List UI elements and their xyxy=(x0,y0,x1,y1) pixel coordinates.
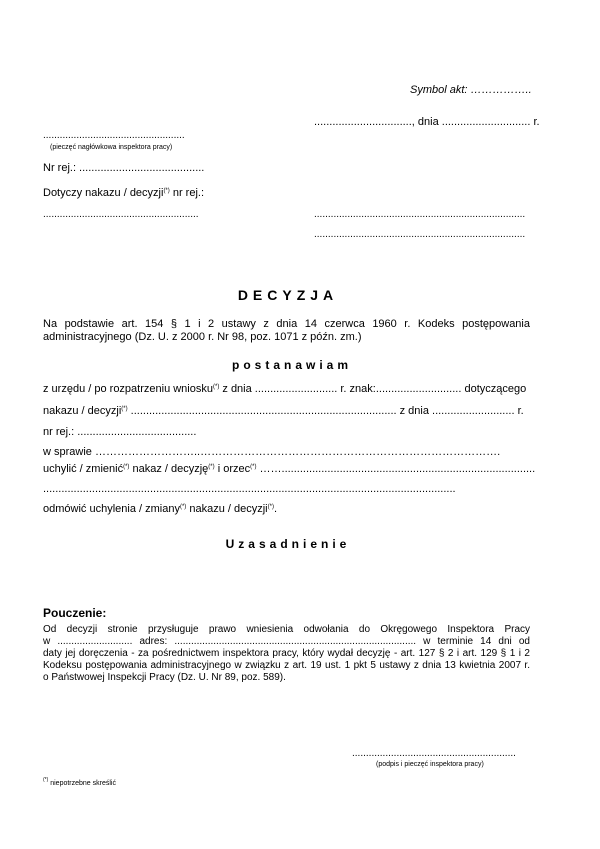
nr-rej-field: Nr rej.: ...............................… xyxy=(43,162,204,175)
resolution-line-7: odmówić uchylenia / zmiany(*) nakazu / d… xyxy=(43,503,277,516)
text: i orzec xyxy=(215,463,250,475)
instruction-line-2: w ........................... adres: ...… xyxy=(43,636,530,648)
instruction-heading: Pouczenie: xyxy=(43,606,106,620)
text: nakaz / decyzję xyxy=(129,463,208,475)
stamp-caption: (pieczęć nagłówkowa inspektora pracy) xyxy=(50,143,172,152)
dotyczy-suffix: nr rej.: xyxy=(170,187,204,199)
footnote: (*) niepotrzebne skreślić xyxy=(43,779,116,788)
resolution-line-2: nakazu / decyzji(*) ....................… xyxy=(43,405,524,418)
text: nakazu / decyzji xyxy=(186,503,267,515)
instruction-line-4: Kodeksu postępowania administracyjnego w… xyxy=(43,660,530,672)
legal-basis-line-2: administracyjnego (Dz. U. z 2000 r. Nr 9… xyxy=(43,331,362,344)
resolution-line-5: uchylić / zmienić(*) nakaz / decyzję(*) … xyxy=(43,463,535,476)
address-line-1: ........................................… xyxy=(314,209,525,221)
justification-heading: Uzasadnienie xyxy=(0,537,576,551)
stamp-dots: ........................................… xyxy=(43,130,185,142)
dotyczy-dots: ........................................… xyxy=(43,209,199,221)
text: z urzędu / po rozpatrzeniu wniosku xyxy=(43,383,213,395)
text: ........................................… xyxy=(128,405,524,417)
address-line-2: ........................................… xyxy=(314,229,525,241)
signature-caption: (podpis i pieczęć inspektora pracy) xyxy=(376,760,484,769)
legal-basis-line-1: Na podstawie art. 154 § 1 i 2 ustawy z d… xyxy=(43,318,530,331)
symbol-akt-field: Symbol akt: …………….. xyxy=(410,84,532,97)
decision-title: DECYZJA xyxy=(0,287,576,303)
text: z dnia ........................... r. zn… xyxy=(219,383,526,395)
text: . xyxy=(274,503,277,515)
instruction-line-1: Od decyzji stronie przysługuje prawo wni… xyxy=(43,624,530,636)
signature-dots: ........................................… xyxy=(352,748,516,760)
dotyczy-text: Dotyczy nakazu / decyzji xyxy=(43,187,163,199)
text: nakazu / decyzji xyxy=(43,405,121,417)
instruction-line-5: o Państwowej Inspekcji Pracy (Dz. U. Nr … xyxy=(43,672,286,684)
footnote-text: niepotrzebne skreślić xyxy=(48,780,116,787)
dotyczy-label: Dotyczy nakazu / decyzji(*) nr rej.: xyxy=(43,187,204,200)
resolution-line-4: w sprawie ………………………..…………………………………………………… xyxy=(43,446,500,459)
resolution-line-6: ........................................… xyxy=(43,483,456,496)
text: ……......................................… xyxy=(256,463,535,475)
resolve-heading: postanawiam xyxy=(0,358,584,372)
instruction-line-3: daty jej doręczenia - za pośrednictwem i… xyxy=(43,648,530,660)
text: uchylić / zmienić xyxy=(43,463,123,475)
resolution-line-1: z urzędu / po rozpatrzeniu wniosku(*) z … xyxy=(43,383,526,396)
text: odmówić uchylenia / zmiany xyxy=(43,503,180,515)
resolution-line-3: nr rej.: ...............................… xyxy=(43,426,196,439)
place-date-field: ................................, dnia .… xyxy=(314,116,540,129)
